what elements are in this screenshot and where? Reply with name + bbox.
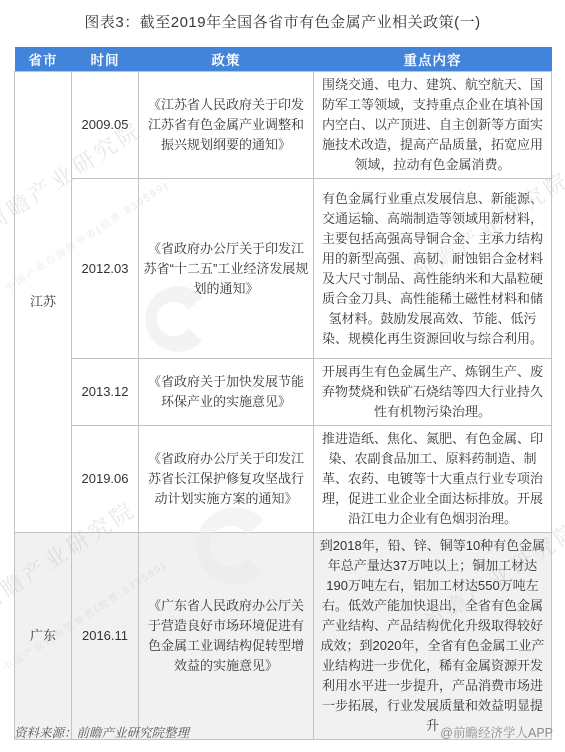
- policy-cell: 《省政府办公厅关于印发江苏省“十二五”工业经济发展规划的通知》: [139, 179, 314, 359]
- table-row: 2019.06 《省政府办公厅关于印发江苏省长江保护修复攻坚战行动计划实施方案的…: [15, 426, 552, 533]
- province-cell-jiangsu: 江苏: [15, 72, 72, 533]
- header-policy: 政策: [139, 47, 314, 72]
- header-key-content: 重点内容: [314, 47, 552, 72]
- policy-cell: 《江苏省人民政府关于印发江苏省有色金属产业调整和振兴规划纲要的通知》: [139, 72, 314, 179]
- source-note: 资料来源：前瞻产业研究院整理: [14, 723, 189, 741]
- content-cell: 到2018年，铅、锌、铜等10种有色金属年总产量达37万吨以上；铜加工材达190…: [314, 533, 552, 740]
- table-row: 2012.03 《省政府办公厅关于印发江苏省“十二五”工业经济发展规划的通知》 …: [15, 179, 552, 359]
- content-cell: 推进造纸、焦化、氮肥、有色金属、印染、农副食品加工、原料药制造、制革、农药、电镀…: [314, 426, 552, 533]
- policy-table: 省市 时间 政策 重点内容 江苏 2009.05 《江苏省人民政府关于印发江苏省…: [14, 47, 552, 740]
- time-cell: 2016.11: [72, 533, 139, 740]
- content-cell: 围绕交通、电力、建筑、航空航天、国防军工等领域，支持重点企业在填补国内空白、以产…: [314, 72, 552, 179]
- table-row: 广东 2016.11 《广东省人民政府办公厅关于营造良好市场环境促进有色金属工业…: [15, 533, 552, 740]
- time-cell: 2009.05: [72, 72, 139, 179]
- policy-cell: 《省政府关于加快发展节能环保产业的实施意见》: [139, 359, 314, 426]
- time-cell: 2019.06: [72, 426, 139, 533]
- time-cell: 2012.03: [72, 179, 139, 359]
- province-cell-guangdong: 广东: [15, 533, 72, 740]
- policy-cell: 《省政府办公厅关于印发江苏省长江保护修复攻坚战行动计划实施方案的通知》: [139, 426, 314, 533]
- content-cell: 开展再生有色金属生产、炼钢生产、废弃物焚烧和铁矿石烧结等四大行业持久性有机物污染…: [314, 359, 552, 426]
- table-header-row: 省市 时间 政策 重点内容: [15, 47, 552, 72]
- table-row: 2013.12 《省政府关于加快发展节能环保产业的实施意见》 开展再生有色金属生…: [15, 359, 552, 426]
- figure-title: 图表3：截至2019年全国各省市有色金属产业相关政策(一): [0, 11, 565, 32]
- content-cell: 有色金属行业重点发展信息、新能源、交通运输、高端制造等领域用新材料，主要包括高强…: [314, 179, 552, 359]
- report-figure-page: { "title": "图表3：截至2019年全国各省市有色金属产业相关政策(一…: [0, 0, 565, 752]
- header-province: 省市: [15, 47, 72, 72]
- brand-credit: @前瞻经济学人APP: [440, 723, 553, 741]
- policy-cell: 《广东省人民政府办公厅关于营造良好市场环境促进有色金属工业调结构促转型增效益的实…: [139, 533, 314, 740]
- header-time: 时间: [72, 47, 139, 72]
- table-row: 江苏 2009.05 《江苏省人民政府关于印发江苏省有色金属产业调整和振兴规划纲…: [15, 72, 552, 179]
- time-cell: 2013.12: [72, 359, 139, 426]
